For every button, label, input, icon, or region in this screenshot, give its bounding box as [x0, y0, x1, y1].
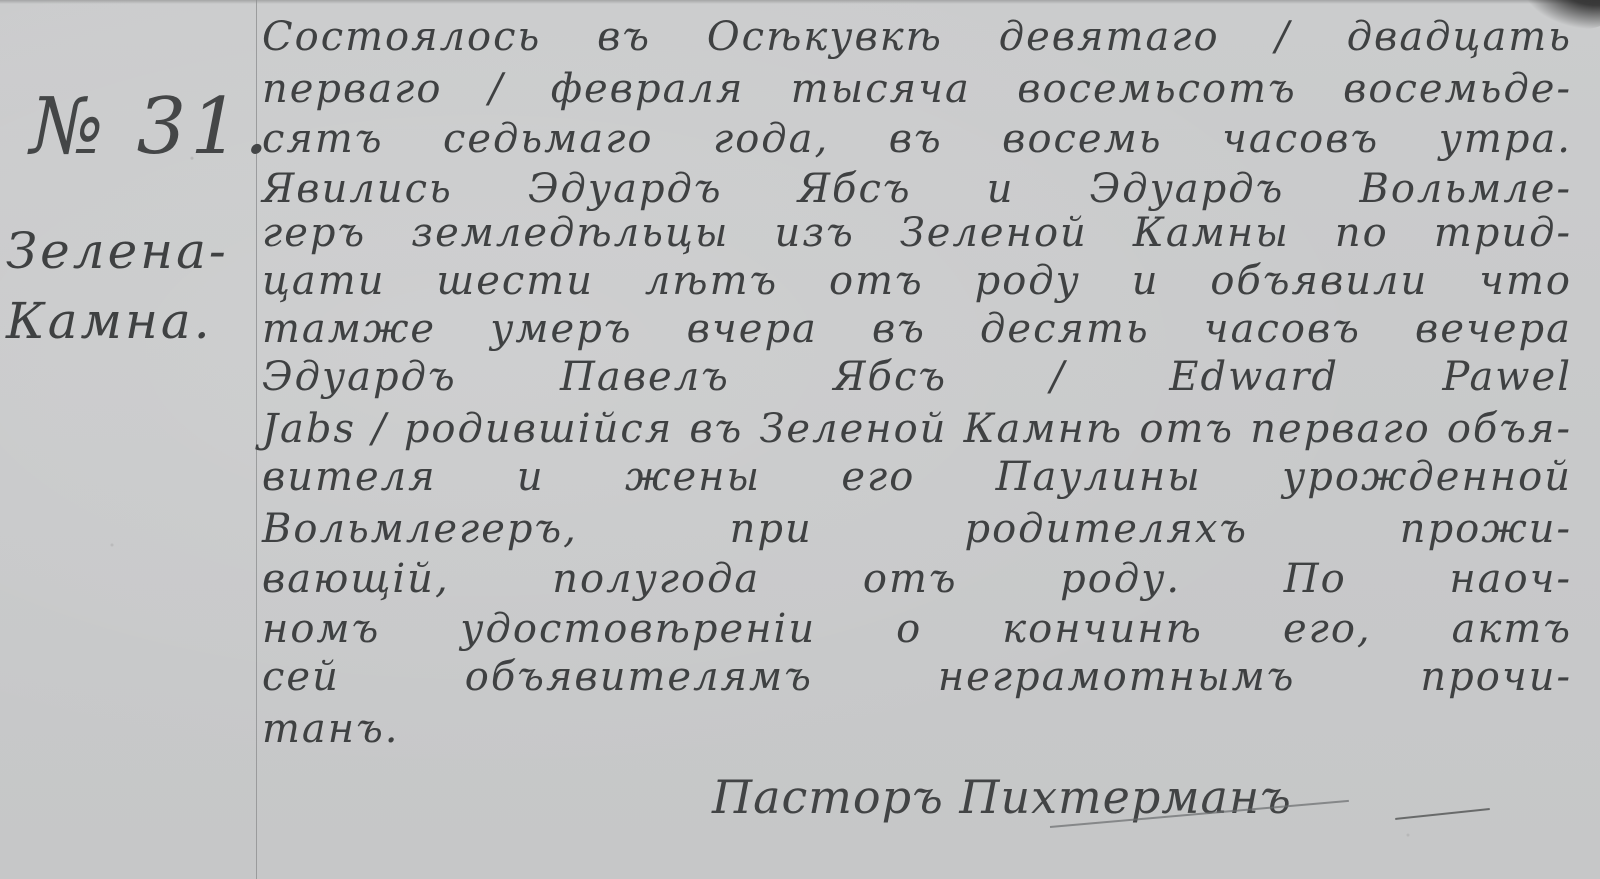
body-line-3: сятъ седьмаго года, въ восемь часовъ утр…: [262, 114, 1572, 164]
body-line-8: Эдуардъ Павелъ Ябсъ / Edward Pawel: [262, 352, 1572, 402]
margin-place-line-1: Зелена-: [6, 222, 229, 280]
signature: Пасторъ Пихтерманъ: [712, 770, 1292, 824]
margin-place-line-2: Камна.: [6, 292, 213, 350]
body-line-15: танъ.: [262, 704, 1572, 754]
body-line-1: Состоялось въ Осѣкувкѣ девятаго / двадца…: [262, 12, 1572, 62]
entry-number: № 31.: [30, 82, 273, 172]
body-line-7: тамже умеръ вчера въ десять часовъ вечер…: [262, 304, 1572, 354]
body-line-4: Явились Эдуардъ Ябсъ и Эдуардъ Вольмле-: [262, 164, 1572, 214]
body-line-5: геръ земледѣльцы изъ Зеленой Камны по тр…: [262, 208, 1572, 258]
body-line-11: Вольмлегеръ, при родителяхъ прожи-: [262, 504, 1572, 554]
body-line-14: сей объявителямъ неграмотнымъ прочи-: [262, 652, 1572, 702]
body-line-10: вителя и жены его Паулины урожденной: [262, 452, 1572, 502]
body-line-12: вающій, полугода отъ роду. По наоч-: [262, 554, 1572, 604]
document-page: № 31. Зелена- Камна. Состоялось въ Осѣку…: [0, 0, 1600, 879]
body-line-13: номъ удостовѣреніи о кончинѣ его, актъ: [262, 604, 1572, 654]
body-line-2: перваго / февраля тысяча восемьсотъ восе…: [262, 64, 1572, 114]
body-line-6: цати шести лѣтъ отъ роду и объявили что: [262, 256, 1572, 306]
body-line-9: Jabs / родившійся въ Зеленой Камнѣ отъ п…: [262, 404, 1572, 454]
